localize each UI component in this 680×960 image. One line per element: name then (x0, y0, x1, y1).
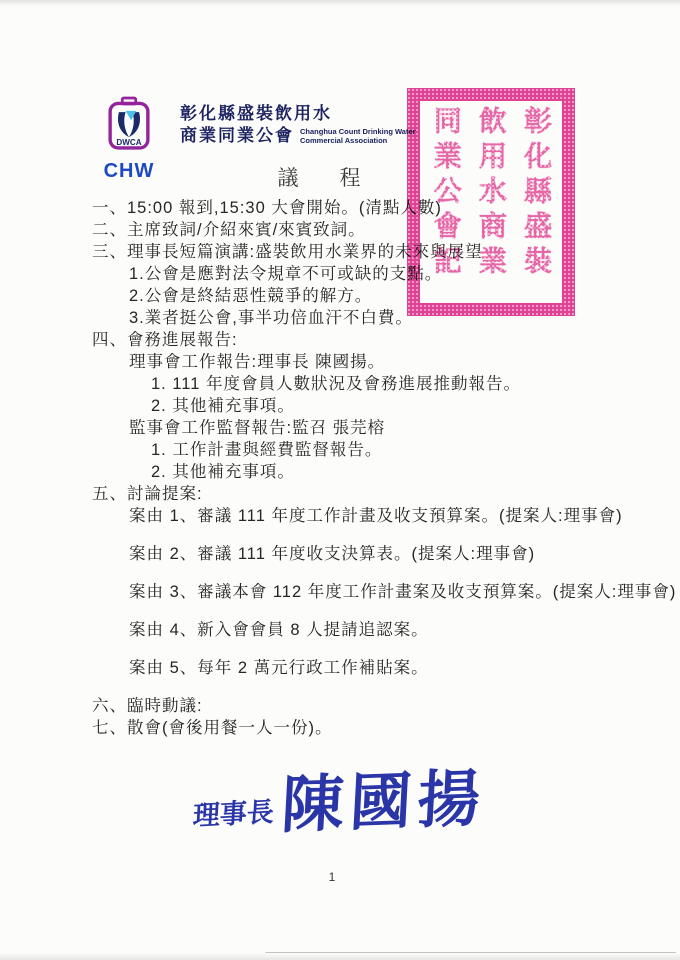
agenda-line: 1. 111 年度會員人數狀況及會務進展推動報告。 (0, 373, 680, 395)
scanned-agenda-document: DWCA CHW 彰化縣盛裝飲用水 商業同業公會 Changhua Count … (0, 0, 680, 960)
agenda-list: 一、15:00 報到,15:30 大會開始。(清點人數) 二、主席致詞/介紹來賓… (0, 197, 680, 739)
agenda-line: 1. 工作計畫與經費監督報告。 (0, 439, 680, 461)
agenda-line: 七、散會(會後用餐一人一份)。 (0, 717, 680, 739)
scan-edge-top (0, 0, 680, 6)
agenda-line: 案由 1、審議 111 年度工作計畫及收支預算案。(提案人:理事會) (0, 505, 680, 527)
agenda-line: 三、理事長短篇演講:盛裝飲用水業界的未來與展望 (0, 241, 680, 263)
agenda-line: 3.業者挺公會,事半功倍血汗不白費。 (0, 307, 680, 329)
org-name-english: Changhua Count Drinking Water Commercial… (300, 127, 416, 147)
agenda-line: 2. 其他補充事項。 (0, 395, 680, 417)
agenda-line: 四、會務進展報告: (0, 329, 680, 351)
chairman-signature: 理事長 陳國揚 (193, 752, 486, 841)
agenda-line: 案由 5、每年 2 萬元行政工作補貼案。 (0, 657, 680, 679)
seal-column-1: 彰化縣盛裝 (517, 106, 555, 298)
water-bottle-icon: DWCA (106, 96, 152, 158)
agenda-line: 1.公會是應對法令規章不可或缺的支點。 (0, 263, 680, 285)
agenda-line: 2.公會是終結惡性競爭的解方。 (0, 285, 680, 307)
agenda-line: 理事會工作報告:理事長 陳國揚。 (0, 351, 680, 373)
org-header: 彰化縣盛裝飲用水 商業同業公會 Changhua Count Drinking … (180, 103, 416, 147)
signature-title: 理事長 (192, 790, 275, 833)
agenda-line: 五、討論提案: (0, 483, 680, 505)
org-name-en-line1: Changhua Count Drinking Water (300, 127, 416, 136)
agenda-line: 案由 3、審議本會 112 年度工作計畫案及收支預算案。(提案人:理事會) (0, 581, 680, 603)
page-number: 1 (0, 870, 664, 884)
org-name-line2: 商業同業公會 (180, 125, 294, 147)
agenda-line: 二、主席致詞/介紹來賓/來賓致詞。 (0, 219, 680, 241)
signature-name: 陳國揚 (280, 748, 489, 844)
seal-column-3: 同業公會記 (427, 106, 465, 298)
agenda-line: 一、15:00 報到,15:30 大會開始。(清點人數) (0, 197, 680, 219)
agenda-line: 案由 4、新入會會員 8 人提請追認案。 (0, 619, 680, 641)
seal-text: 彰化縣盛裝 飲用水商業 同業公會記 (420, 101, 562, 303)
logo-bottle-label: DWCA (116, 138, 141, 147)
agenda-line: 監事會工作監督報告:監召 張芫榕 (0, 417, 680, 439)
agenda-line: 案由 2、審議 111 年度收支決算表。(提案人:理事會) (0, 543, 680, 565)
seal-column-2: 飲用水商業 (472, 106, 510, 298)
org-name-en-line2: Commercial Association (300, 136, 416, 145)
agenda-line: 2. 其他補充事項。 (0, 461, 680, 483)
agenda-line: 六、臨時動議: (0, 695, 680, 717)
association-seal-stamp: 彰化縣盛裝 飲用水商業 同業公會記 (407, 88, 575, 316)
org-name-line1: 彰化縣盛裝飲用水 (180, 103, 416, 125)
scan-edge-bottom (0, 953, 680, 960)
